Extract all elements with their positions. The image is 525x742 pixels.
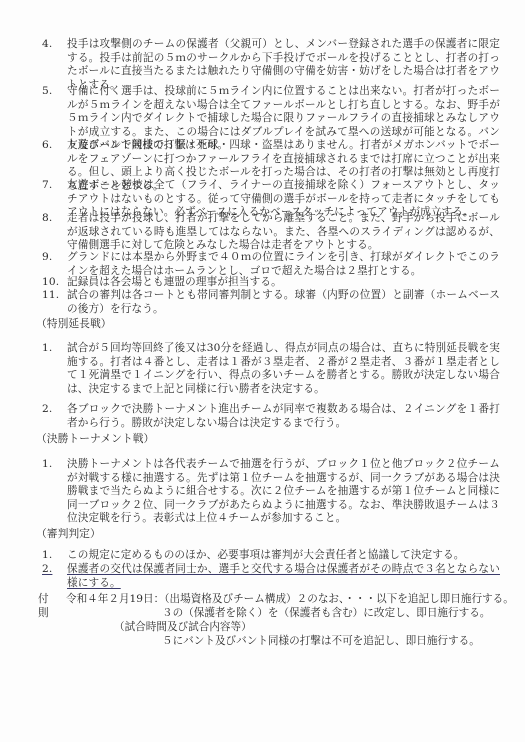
item-text: この規定に定めるもののほか、必要事項は審判が大会責任者と協議して決定する。 <box>67 549 500 563</box>
appendix-label: 付則 <box>38 593 49 620</box>
item-number: 5. <box>42 85 66 99</box>
appendix-line-2: ３の（保護者を除く）を（保護者も含む）に改定し、即日施行する。 <box>162 607 490 621</box>
section-heading-final-tournament: （決勝トーナメント戦） <box>36 432 154 446</box>
item-text: 決勝トーナメントは各代表チームで抽選を行うが、ブロック１位と他ブロック２位チーム… <box>67 458 500 526</box>
document-page: 4. 投手は攻撃側のチームの保護者（父親可）とし、メンバー登録された選手の保護者… <box>0 0 525 742</box>
item-number: 1. <box>42 549 66 563</box>
rule-item-9: 9. グランドには本塁から外野まで４０ｍの位置にラインを引き、打球がダイレクトで… <box>42 251 500 278</box>
item-text: 試合が５回均等回終了後又は30分を経過し、得点が同点の場合は、直ちに特別延長戦を… <box>67 342 500 396</box>
item-number: 4. <box>42 38 66 52</box>
item-number: 6. <box>42 139 66 153</box>
item-text: 保護者の交代は保護者同士か、選手と交代する場合は保護者がその時点で３名とならない… <box>67 563 500 590</box>
appendix-line-4: ５にバント及びバント同様の打撃は不可を追記し、即日施行する。 <box>162 635 480 649</box>
item-number: 1. <box>42 458 66 472</box>
section-heading-umpire-decision: （審判判定） <box>36 527 101 541</box>
item-number: 7. <box>42 179 66 193</box>
item-number: 2. <box>42 403 66 417</box>
item-number: 2. <box>42 563 66 577</box>
item-text: 試合の審判は各コートとも帯同審判制とする。球審（内野の位置）と副審（ホームベース… <box>67 289 500 316</box>
item-number: 1. <box>42 342 66 356</box>
item-text: 各ブロックで決勝トーナメント進出チームが同率で複数ある場合は、２イニングを１番打… <box>67 403 500 430</box>
extra-innings-item-2: 2. 各ブロックで決勝トーナメント進出チームが同率で複数ある場合は、２イニングを… <box>42 403 500 430</box>
rule-item-11: 11. 試合の審判は各コートとも帯同審判制とする。球審（内野の位置）と副審（ホー… <box>42 289 500 316</box>
appendix-line-1: 令和４年２月19日：（出場資格及びチーム構成）２のなお、・・・以下を追記し即日施… <box>66 593 514 607</box>
section-heading-extra-innings: （特別延長戦） <box>36 317 112 331</box>
item-text: グランドには本塁から外野まで４０ｍの位置にラインを引き、打球がダイレクトでこのラ… <box>67 251 500 278</box>
rule-item-10: 10. 記録員は各会場とも連盟の理事が担当する。 <box>42 276 500 290</box>
item-text: 記録員は各会場とも連盟の理事が担当する。 <box>67 276 500 290</box>
final-tournament-item-1: 1. 決勝トーナメントは各代表チームで抽選を行うが、ブロック１位と他ブロック２位… <box>42 458 500 526</box>
extra-innings-item-1: 1. 試合が５回均等回終了後又は30分を経過し、得点が同点の場合は、直ちに特別延… <box>42 342 500 396</box>
appendix-line-3: （試合時間及び試合内容等） <box>114 621 252 635</box>
umpire-decision-item-1: 1. この規定に定めるもののほか、必要事項は審判が大会責任者と協議して決定する。 <box>42 549 500 563</box>
item-number: 8. <box>42 212 66 226</box>
item-text: 走者は投手が投球し、打者が打撃をしてから離塁すること。また、野手から投手にボール… <box>67 212 500 253</box>
item-number: 9. <box>42 251 66 265</box>
item-number: 10. <box>42 276 66 290</box>
item-number: 11. <box>42 289 66 303</box>
umpire-decision-item-2: 2. 保護者の交代は保護者同士か、選手と交代する場合は保護者がその時点で３名とな… <box>42 563 500 590</box>
rule-item-8: 8. 走者は投手が投球し、打者が打撃をしてから離塁すること。また、野手から投手に… <box>42 212 500 253</box>
